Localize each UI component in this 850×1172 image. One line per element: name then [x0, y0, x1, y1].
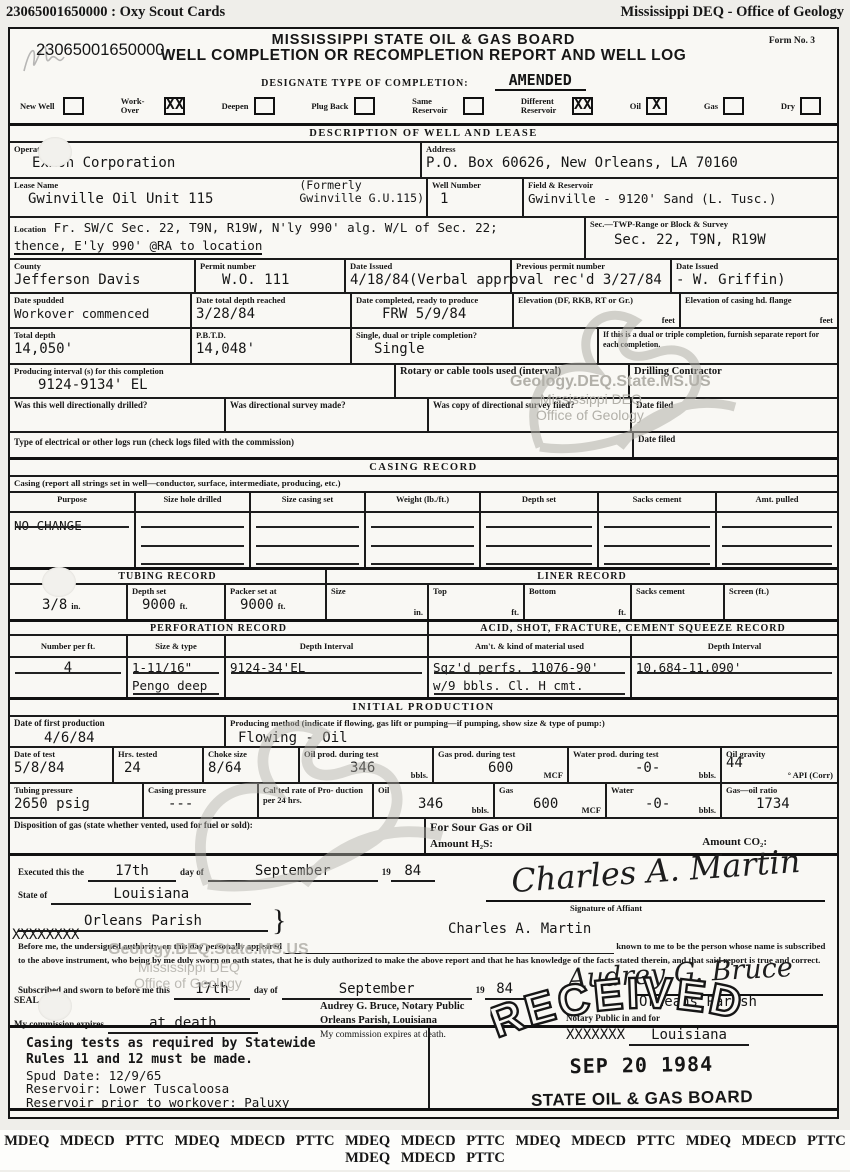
perf-cell: 1-11/16" [128, 658, 226, 676]
field-directional-survey-made: Was directional survey made? [226, 399, 429, 431]
checkbox: XX [572, 97, 593, 115]
field-field-reservoir: Field & ReservoirGwinville - 9120' Sand … [524, 179, 837, 216]
field-elevation-casing: Elevation of casing hd. flangefeet [681, 294, 837, 327]
field-calc-rate: Cal'ted rate of Pro- duction per 24 hrs. [259, 784, 374, 817]
field-tubing-pressure: Tubing pressure2650 psig [10, 784, 144, 817]
field-choke-size: Choke size8/64 [204, 748, 300, 782]
received-date: SEP 20 1984 [491, 1050, 791, 1079]
section-casing-record: CASING RECORD [10, 457, 837, 475]
field-directional-survey-filed: Was copy of directional survey filed? [429, 399, 632, 431]
checkbox [463, 97, 484, 115]
checkbox: X [646, 97, 667, 115]
field-oil-prod-test: Oil prod. during test346bbls. [300, 748, 434, 782]
field-single-dual-triple: Single, dual or triple completion?Single [352, 329, 599, 363]
field-location: Location Fr. SW/C Sec. 22, T9N, R19W, N'… [10, 218, 586, 258]
signature-caption: Signature of Affiant [570, 903, 642, 913]
acid-cell: w/9 bbls. Cl. H cmt. [429, 676, 632, 697]
perf-col-depth-interval: Depth Interval [226, 636, 429, 656]
casing-col-hole: Size hole drilled [136, 493, 251, 511]
acid-cell [632, 676, 837, 697]
checkbox [254, 97, 275, 115]
casing-cell [251, 513, 366, 530]
field-elevation: Elevation (DF, RKB, RT or Gr.)feet [514, 294, 681, 327]
acid-col-depth-interval: Depth Interval [632, 636, 837, 656]
liner-screen: Screen (ft.) [725, 585, 837, 619]
casing-col-pulled: Amt. pulled [717, 493, 837, 511]
checkbox-deepen: Deepen [222, 97, 275, 115]
casing-cell [717, 530, 837, 549]
casing-cell [251, 530, 366, 549]
field-permit-number: Permit numberW.O. 111 [196, 260, 346, 292]
perf-cell: 4 [10, 658, 128, 676]
field-water-rate: Water-0-bbls. [607, 784, 722, 817]
field-well-number: Well Number1 [428, 179, 524, 216]
appeared-name-typed: Charles A. Martin [448, 922, 591, 937]
section-initial-production: INITIAL PRODUCTION [10, 697, 837, 715]
casing-cell [717, 549, 837, 567]
checkbox-work-over: Work- OverXX [121, 97, 185, 115]
perf-cell [10, 676, 128, 697]
acid-cell: Sqz'd perfs. 11076-90' [429, 658, 632, 676]
checkbox: XX [164, 97, 185, 115]
spud-date: Spud Date: 12/9/65 [26, 1069, 418, 1083]
liner-top: Topft. [429, 585, 525, 619]
notary-paragraph: Before me, the undersigned authority, on… [18, 941, 282, 951]
completion-type-row: New Well Work- OverXX Deepen Plug Back S… [10, 91, 837, 126]
perf-cell [226, 676, 429, 697]
perf-cell: 9124-34'EL [226, 658, 429, 676]
well-completion-form: 23065001650000 Form No. 3 MISSISSIPPI ST… [8, 27, 839, 1119]
designate-label: DESIGNATE TYPE OF COMPLETION: [261, 78, 468, 89]
reservoir: Reservoir: Lower Tuscaloosa [26, 1082, 418, 1096]
field-date-filed: Date filed [632, 399, 837, 431]
casing-cell [599, 513, 717, 530]
checkbox [354, 97, 375, 115]
tubing-packer-set: Packer set at9000 ft. [226, 585, 327, 619]
checkbox-dry: Dry [781, 97, 821, 115]
scan-footer: MDEQ MDECD PTTC MDEQ MDECD PTTC MDEQ MDE… [0, 1130, 850, 1170]
field-address: AddressP.O. Box 60626, New Orleans, LA 7… [422, 143, 837, 177]
perf-col-number: Number per ft. [10, 636, 128, 656]
checkbox-same-reservoir: Same Reservoir [412, 97, 484, 115]
acid-col-material: Am't. & kind of material used [429, 636, 632, 656]
casing-col-depth: Depth set [481, 493, 599, 511]
casing-cell [481, 513, 599, 530]
casing-tests-note-box: Casing tests as required by Statewide Ru… [10, 1028, 430, 1108]
casing-cell [136, 513, 251, 530]
checkbox-oil: OilX [630, 97, 667, 115]
field-pbtd: P.B.T.D.14,048' [192, 329, 352, 363]
casing-cell [599, 530, 717, 549]
acid-cell: 10,684-11,090' [632, 658, 837, 676]
casing-cell [251, 549, 366, 567]
page-title: WELL COMPLETION OR RECOMPLETION REPORT A… [161, 47, 687, 64]
casing-note: Casing (report all strings set in well—c… [10, 477, 837, 491]
field-date-issued-2: Date Issued- W. Griffin) [672, 260, 837, 292]
field-date-completed: Date completed, ready to produceFRW 5/9/… [352, 294, 514, 327]
field-gas-oil-ratio: Gas—oil ratio1734 [722, 784, 837, 817]
field-oil-gravity: Oil gravity44° API (Corr) [722, 748, 837, 782]
field-oil-rate: Oil346bbls. [374, 784, 495, 817]
casing-col-casing-set: Size casing set [251, 493, 366, 511]
checkbox [800, 97, 821, 115]
casing-col-purpose: Purpose [10, 493, 136, 511]
board-title: MISSISSIPPI STATE OIL & GAS BOARD [272, 32, 576, 48]
casing-cell [10, 530, 136, 549]
reservoir-prior: Reservoir prior to workover: Paluxy [26, 1096, 418, 1110]
punch-hole [42, 567, 76, 597]
field-lease-name: Lease Name Gwinville Oil Unit 115 (Forme… [10, 179, 428, 216]
amended-value: AMENDED [495, 71, 586, 91]
svg-text:RECEIVED: RECEIVED [490, 971, 750, 1047]
field-directionally-drilled: Was this well directionally drilled? [10, 399, 226, 431]
section-liner-record: LINER RECORD [327, 570, 837, 583]
field-total-depth: Total depth14,050' [10, 329, 192, 363]
punch-hole [38, 991, 72, 1021]
field-drilling-contractor: Drilling Contractor [630, 365, 837, 397]
field-rotary-cable: Rotary or cable tools used (interval) [396, 365, 630, 397]
casing-cell [599, 549, 717, 567]
casing-cell: NO CHANGE [10, 513, 136, 530]
casing-cell [10, 549, 136, 567]
field-gas-prod-test: Gas prod. during test600MCF [434, 748, 569, 782]
field-producing-interval: Producing interval (s) for this completi… [10, 365, 396, 397]
field-date-spudded: Date spuddedWorkover commenced [10, 294, 192, 327]
field-operator: OperatorExxon Corporation [10, 143, 422, 177]
casing-cell [366, 549, 481, 567]
casing-col-sacks: Sacks cement [599, 493, 717, 511]
casing-col-weight: Weight (lb./ft.) [366, 493, 481, 511]
field-logs-run: Type of electrical or other logs run (ch… [10, 433, 632, 457]
casing-cell [717, 513, 837, 530]
field-date-filed-2: Date filed [632, 433, 837, 457]
field-hrs-tested: Hrs. tested24 [114, 748, 204, 782]
section-description: DESCRIPTION OF WELL AND LEASE [10, 126, 837, 141]
tubing-depth-set: Depth set9000 ft. [128, 585, 226, 619]
liner-size: Sizein. [327, 585, 429, 619]
casing-cell [481, 530, 599, 549]
scan-header: 23065001650000 : Oxy Scout Cards Mississ… [0, 4, 850, 21]
checkbox-different-reservoir: Different ReservoirXX [521, 97, 593, 115]
field-disposition-gas: Disposition of gas (state whether vented… [10, 819, 426, 853]
casing-cell [366, 530, 481, 549]
received-stamp: RECEIVED SEP 20 1984 STATE OIL & GAS BOA… [490, 971, 792, 1111]
field-water-prod-test: Water prod. during test-0-bbls. [569, 748, 722, 782]
liner-sacks-cement: Sacks cement [632, 585, 725, 619]
field-date-first-production: Date of first production4/6/84 [10, 717, 226, 746]
seal-label: SEAL [14, 996, 39, 1007]
casing-cell [136, 549, 251, 567]
checkbox-gas: Gas [704, 97, 744, 115]
field-date-issued: Date Issued4/18/84(Verbal approval rec'd… [346, 260, 512, 292]
casing-cell [366, 513, 481, 530]
field-county: CountyJefferson Davis [10, 260, 196, 292]
perf-col-size-type: Size & type [128, 636, 226, 656]
perf-cell: Pengo deep [128, 676, 226, 697]
casing-cell [481, 549, 599, 567]
field-gas-rate: Gas600MCF [495, 784, 607, 817]
field-producing-method: Producing method (indicate if flowing, g… [226, 717, 837, 746]
field-date-of-test: Date of test5/8/84 [10, 748, 114, 782]
scan-header-right: Mississippi DEQ - Office of Geology [620, 4, 844, 21]
checkbox [723, 97, 744, 115]
field-casing-pressure: Casing pressure--- [144, 784, 259, 817]
dual-completion-note: If this is a dual or triple completion, … [599, 329, 837, 363]
checkbox-new-well: New Well [20, 97, 84, 115]
checkbox [63, 97, 84, 115]
section-perforation-record: PERFORATION RECORD [10, 622, 429, 634]
form-title-block: 23065001650000 Form No. 3 MISSISSIPPI ST… [10, 29, 837, 91]
lease-formerly: (Formerly Gwinville G.U.115) [299, 179, 424, 205]
received-stamp-arc: RECEIVED [490, 971, 791, 1050]
section-acid-record: ACID, SHOT, FRACTURE, CEMENT SQUEEZE REC… [429, 622, 837, 634]
checkbox-plug-back: Plug Back [311, 97, 375, 115]
liner-bottom: Bottomft. [525, 585, 632, 619]
punch-hole [38, 137, 72, 167]
field-sec-twp-range: Sec.—TWP-Range or Block & SurveySec. 22,… [586, 218, 837, 258]
casing-cell [136, 530, 251, 549]
field-date-td-reached: Date total depth reached3/28/84 [192, 294, 352, 327]
scan-header-left: 23065001650000 : Oxy Scout Cards [6, 4, 225, 21]
